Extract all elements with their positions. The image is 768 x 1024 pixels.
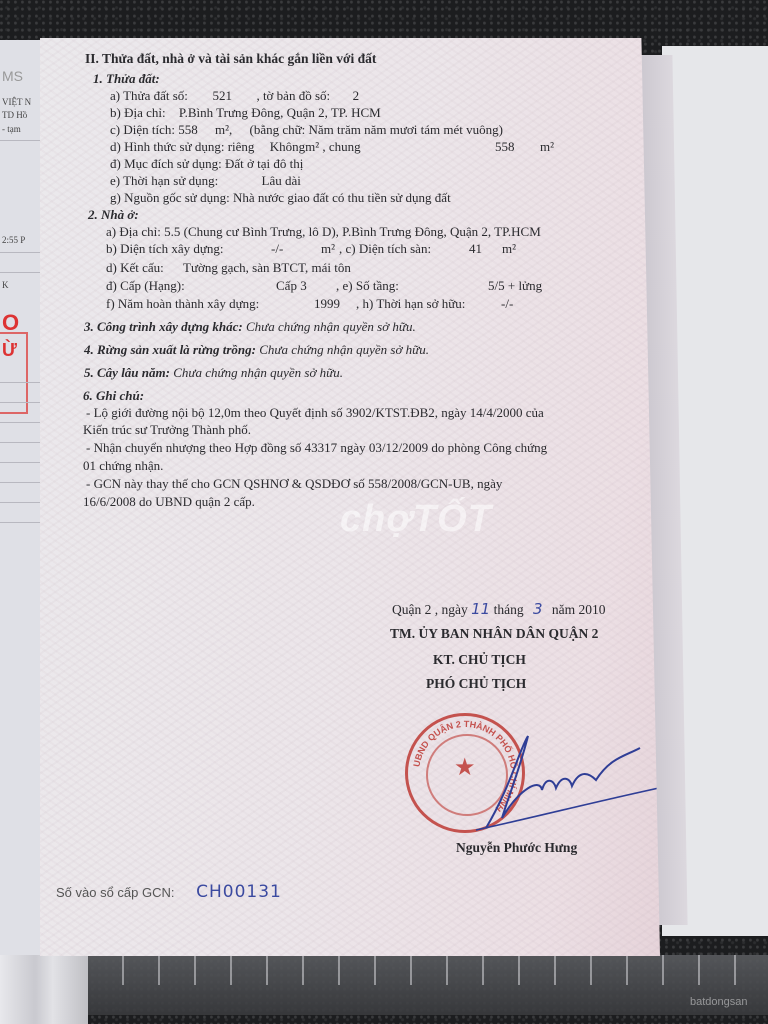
issuing-authority: TM. ỦY BAN NHÂN DÂN QUẬN 2 bbox=[390, 626, 598, 642]
other-works-value: Chưa chứng nhận quyền sở hữu. bbox=[246, 319, 416, 334]
land-heading: 1. Thửa đất: bbox=[93, 71, 160, 87]
land-address: P.Bình Trưng Đông, Quận 2, TP. HCM bbox=[179, 105, 381, 121]
house-address: 5.5 (Chung cư Bình Trưng, lô D), P.Bình … bbox=[164, 224, 541, 239]
land-term: Lâu dài bbox=[262, 173, 301, 189]
house-grade: Cấp 3 bbox=[276, 278, 307, 294]
land-term-row: e) Thời hạn sử dụng: Lâu dài bbox=[110, 173, 301, 189]
shared-area: 558 bbox=[495, 139, 515, 155]
note-line: 01 chứng nhận. bbox=[83, 458, 163, 474]
bg-fragment: 2:55 P bbox=[2, 235, 25, 245]
note-line: 16/6/2008 do UBND quận 2 cấp. bbox=[83, 494, 255, 510]
parcel-number: 521 bbox=[191, 88, 253, 104]
house-area-row: b) Diện tích xây dựng: -/- m² , c) Diện … bbox=[106, 241, 606, 257]
bg-fragment: - tạm bbox=[2, 124, 21, 134]
note-line: - Lộ giới đường nội bộ 12,0m theo Quyết … bbox=[86, 405, 544, 421]
note-line: - GCN này thay thế cho GCN QSHNƠ & QSDĐƠ… bbox=[86, 476, 502, 492]
certificate-page: II. Thửa đất, nhà ở và tài sản khác gắn … bbox=[40, 38, 660, 956]
perennial-row: 5. Cây lâu năm: Chưa chứng nhận quyền sở… bbox=[84, 365, 343, 381]
bg-fragment: K bbox=[2, 280, 9, 290]
land-purpose-row: đ) Mục đích sử dụng: Đất ở tại đô thị bbox=[110, 156, 303, 172]
registry-row: Số vào sổ cấp GCN: CH00131 bbox=[56, 884, 282, 901]
ownership-term: -/- bbox=[501, 296, 513, 312]
bg-fragment: MS bbox=[2, 68, 23, 84]
bg-fragment: Ừ bbox=[2, 340, 17, 361]
house-structure-row: d) Kết cấu: Tường gạch, sàn BTCT, mái tô… bbox=[106, 260, 351, 276]
place-date: Quận 2 , ngày 11 tháng 3 năm 2010 bbox=[392, 601, 606, 618]
land-purpose: Đất ở tại đô thị bbox=[225, 156, 303, 171]
house-year-row: f) Năm hoàn thành xây dựng: 1999 , h) Th… bbox=[106, 296, 606, 312]
house-grade-row: đ) Cấp (Hạng): Cấp 3 , e) Số tầng: 5/5 +… bbox=[106, 278, 606, 294]
bg-fragment: TD Hồ bbox=[2, 110, 27, 120]
section-title: II. Thửa đất, nhà ở và tài sản khác gắn … bbox=[85, 51, 376, 67]
house-address-row: a) Địa chỉ: 5.5 (Chung cư Bình Trưng, lô… bbox=[106, 224, 541, 240]
forest-value: Chưa chứng nhận quyền sở hữu. bbox=[259, 342, 429, 357]
forest-row: 4. Rừng sản xuất là rừng trồng: Chưa chứ… bbox=[84, 342, 429, 358]
land-origin-row: g) Nguồn gốc sử dụng: Nhà nước giao đất … bbox=[110, 190, 451, 206]
signer-role-2: PHÓ CHỦ TỊCH bbox=[426, 676, 526, 692]
house-floors: 5/5 + lửng bbox=[488, 278, 542, 294]
plastic-sleeve-edge bbox=[0, 955, 88, 1024]
center-watermark: chợTỐT bbox=[340, 498, 492, 541]
other-works-row: 3. Công trình xây dựng khác: Chưa chứng … bbox=[84, 319, 416, 335]
registry-number-handwritten: CH00131 bbox=[196, 884, 282, 900]
corner-watermark: batdongsan bbox=[690, 996, 748, 1008]
signer-role-1: KT. CHỦ TỊCH bbox=[433, 652, 526, 668]
day-handwritten: 11 bbox=[471, 600, 490, 618]
note-line: - Nhận chuyển nhượng theo Hợp đồng số 43… bbox=[86, 440, 547, 456]
house-structure: Tường gạch, sàn BTCT, mái tôn bbox=[183, 260, 351, 276]
land-origin: Nhà nước giao đất có thu tiền sử dụng đấ… bbox=[233, 190, 451, 205]
bg-fragment: VIỆT N bbox=[2, 97, 31, 107]
perennial-value: Chưa chứng nhận quyền sở hữu. bbox=[173, 365, 343, 380]
note-line: Kiến trúc sư Trưởng Thành phố. bbox=[83, 422, 251, 438]
map-sheet-number: 2 bbox=[333, 88, 378, 104]
bg-fragment: O bbox=[2, 310, 19, 336]
handwritten-signature bbox=[450, 728, 690, 838]
land-use-form-row: d) Hình thức sử dụng: riêng Khôngm² , ch… bbox=[110, 139, 610, 155]
signer-name: Nguyễn Phước Hưng bbox=[456, 840, 577, 856]
land-address-row: b) Địa chỉ: P.Bình Trưng Đông, Quận 2, T… bbox=[110, 105, 381, 121]
floor-area: 41 bbox=[469, 241, 482, 257]
land-area-row: c) Diện tích: 558 m², (bằng chữ: Năm tră… bbox=[110, 122, 503, 138]
land-area-words: (bằng chữ: Năm trăm năm mươi tám mét vuô… bbox=[250, 122, 503, 138]
month-handwritten: 3 bbox=[533, 601, 543, 617]
land-parcel-row: a) Thửa đất số: 521 , tờ bản đồ số: 2 bbox=[110, 88, 378, 104]
completion-year: 1999 bbox=[314, 296, 340, 312]
notes-heading: 6. Ghi chú: bbox=[83, 388, 144, 404]
land-area: 558 bbox=[178, 122, 198, 137]
plastic-sleeve bbox=[88, 955, 768, 1015]
build-area: -/- bbox=[271, 241, 283, 257]
house-heading: 2. Nhà ở: bbox=[88, 207, 139, 223]
